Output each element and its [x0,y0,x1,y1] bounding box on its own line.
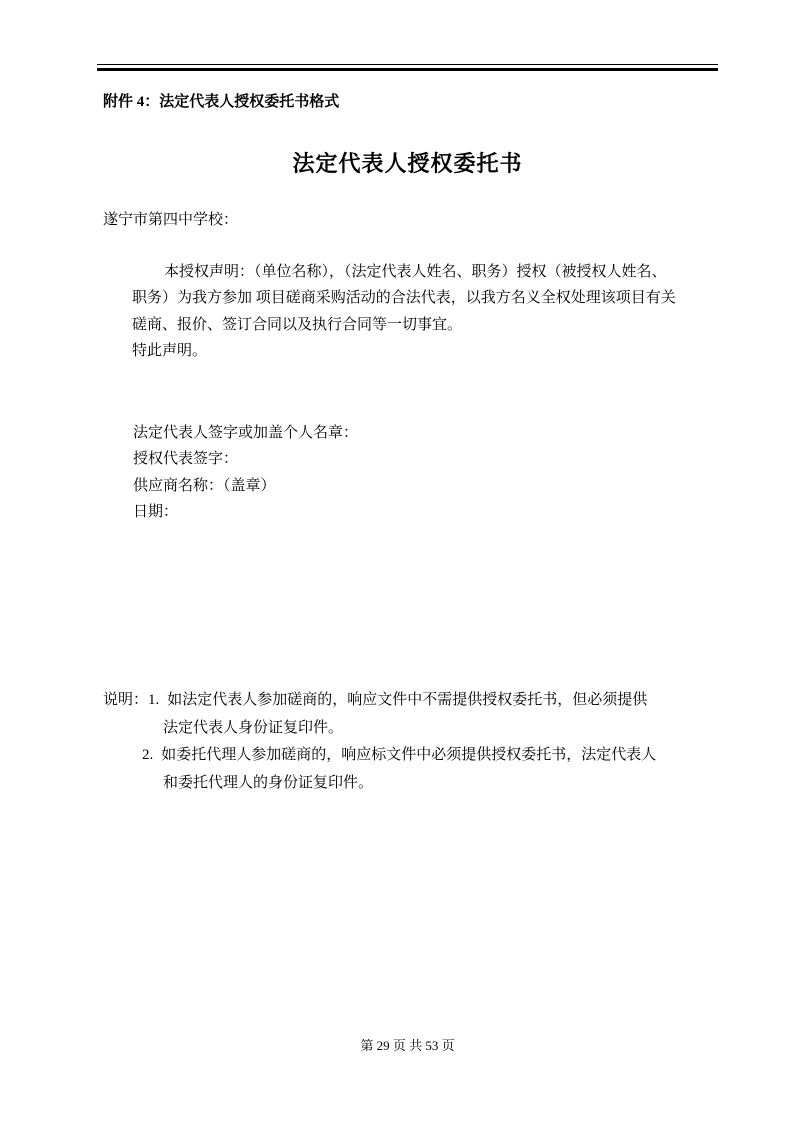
note-item-1-text: 如法定代表人参加磋商的，响应文件中不需提供授权委托书，但必须提供 [167,692,647,708]
page-footer: 第 29 页 共 53 页 [97,1038,718,1054]
declaration-closing-line: 特此声明。 [132,338,732,364]
supplier-name-line: 供应商名称：（盖章） [133,473,358,499]
date-line: 日期： [133,499,358,525]
note-item-1-number: 1. [148,692,159,708]
note-item-2-line-1: 2.如委托代理人参加磋商的，响应标文件中必须提供授权委托书，法定代表人 [103,742,656,770]
addressee-line: 遂宁市第四中学校： [103,209,238,231]
note-item-2-number: 2. [142,747,153,763]
note-item-2-text: 如委托代理人参加磋商的，响应标文件中必须提供授权委托书，法定代表人 [161,747,656,763]
note-item-2-continuation: 和委托代理人的身份证复印件。 [103,770,656,798]
declaration-line: 本授权声明：（单位名称），（法定代表人姓名、职务）授权（被授权人姓名、 [132,259,732,285]
notes-label: 说明： [103,692,148,708]
attachment-heading: 附件 4：法定代表人授权委托书格式 [103,92,339,112]
page-title: 法定代表人授权委托书 [97,149,718,179]
declaration-line: 磋商、报价、签订合同以及执行合同等一切事宜。 [132,312,732,338]
note-item-1-line-1: 说明：1.如法定代表人参加磋商的，响应文件中不需提供授权委托书，但必须提供 [103,687,656,715]
declaration-line: 职务）为我方参加 项目磋商采购活动的合法代表，以我方名义全权处理该项目有关 [132,285,732,311]
header-divider [97,64,718,71]
signature-block: 法定代表人签字或加盖个人名章： 授权代表签字： 供应商名称：（盖章） 日期： [133,420,358,525]
declaration-paragraph: 本授权声明：（单位名称），（法定代表人姓名、职务）授权（被授权人姓名、 职务）为… [132,259,732,364]
document-page: 附件 4：法定代表人授权委托书格式 法定代表人授权委托书 遂宁市第四中学校： 本… [0,0,793,1122]
authorized-rep-signature-line: 授权代表签字： [133,446,358,472]
legal-rep-signature-line: 法定代表人签字或加盖个人名章： [133,420,358,446]
notes-section: 说明：1.如法定代表人参加磋商的，响应文件中不需提供授权委托书，但必须提供 法定… [103,687,656,798]
note-item-1-continuation: 法定代表人身份证复印件。 [103,715,656,743]
